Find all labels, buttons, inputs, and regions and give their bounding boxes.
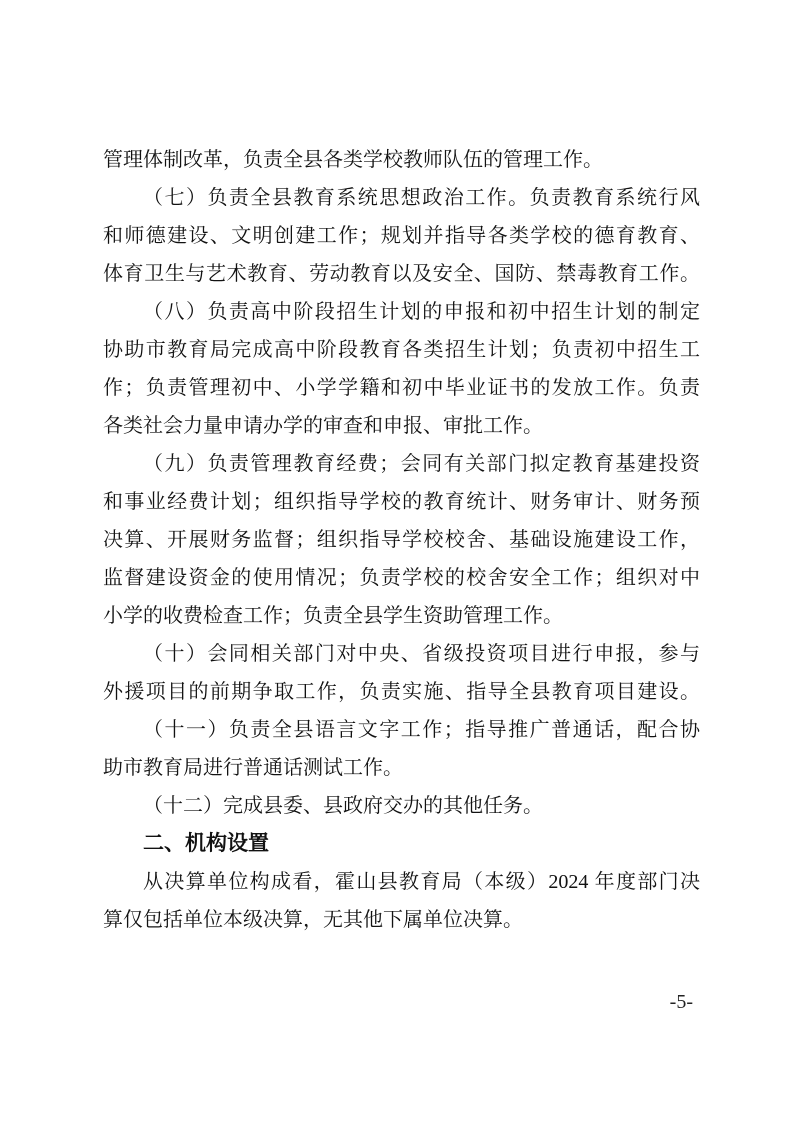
text-line: 和师德建设、文明创建工作；规划并指导各类学校的德育教育、 [103, 217, 700, 255]
text-line: （十二）完成县委、县政府交办的其他任务。 [103, 787, 700, 825]
text-line: 小学的收费检查工作；负责全县学生资助管理工作。 [103, 597, 700, 635]
text-line: 助市教育局进行普通话测试工作。 [103, 749, 700, 787]
text-line: 体育卫生与艺术教育、劳动教育以及安全、国防、禁毒教育工作。 [103, 255, 700, 293]
page-number: -5- [670, 988, 693, 1016]
text-line: （十一）负责全县语言文字工作；指导推广普通话，配合协 [103, 711, 700, 749]
section-heading: 二、机构设置 [103, 825, 700, 863]
text-line: 各类社会力量申请办学的审查和申报、审批工作。 [103, 407, 700, 445]
text-line: 从决算单位构成看，霍山县教育局（本级）2024 年度部门决 [103, 863, 700, 901]
text-line: 管理体制改革，负责全县各类学校教师队伍的管理工作。 [103, 141, 700, 179]
text-line: 监督建设资金的使用情况；负责学校的校舍安全工作；组织对中 [103, 559, 700, 597]
text-line: 决算、开展财务监督；组织指导学校校舍、基础设施建设工作， [103, 521, 700, 559]
text-line: 作；负责管理初中、小学学籍和初中毕业证书的发放工作。负责 [103, 369, 700, 407]
text-line: 和事业经费计划；组织指导学校的教育统计、财务审计、财务预 [103, 483, 700, 521]
text-line: （八）负责高中阶段招生计划的申报和初中招生计划的制定 [103, 293, 700, 331]
text-line: 算仅包括单位本级决算，无其他下属单位决算。 [103, 901, 700, 939]
text-line: （九）负责管理教育经费；会同有关部门拟定教育基建投资 [103, 445, 700, 483]
document-body: 管理体制改革，负责全县各类学校教师队伍的管理工作。（七）负责全县教育系统思想政治… [103, 141, 700, 939]
text-line: （十）会同相关部门对中央、省级投资项目进行申报，参与 [103, 635, 700, 673]
text-line: 外援项目的前期争取工作，负责实施、指导全县教育项目建设。 [103, 673, 700, 711]
text-line: 协助市教育局完成高中阶段教育各类招生计划；负责初中招生工 [103, 331, 700, 369]
document-page: 管理体制改革，负责全县各类学校教师队伍的管理工作。（七）负责全县教育系统思想政治… [0, 0, 793, 1122]
text-line: （七）负责全县教育系统思想政治工作。负责教育系统行风 [103, 179, 700, 217]
